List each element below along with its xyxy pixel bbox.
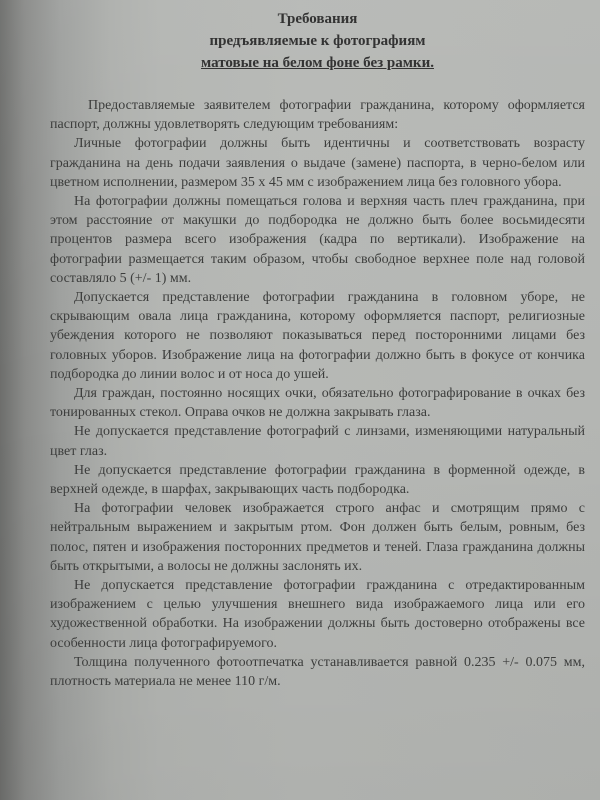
paragraph-intro: Предоставляемые заявителем фотографии гр… xyxy=(50,96,585,134)
title-line-3: матовые на белом фоне без рамки. xyxy=(50,52,585,74)
paragraph-lenses: Не допускается представление фотографий … xyxy=(50,422,585,460)
paragraph-headwear: Допускается представление фотографии гра… xyxy=(50,288,585,384)
document-body: Предоставляемые заявителем фотографии гр… xyxy=(50,96,585,691)
paragraph-thickness: Толщина полученного фотоотпечатка устана… xyxy=(50,653,585,691)
paragraph-pose-background: На фотографии человек изображается строг… xyxy=(50,499,585,576)
document-title: Требования предъявляемые к фотографиям м… xyxy=(50,8,585,74)
paragraph-head-shoulders: На фотографии должны помещаться голова и… xyxy=(50,192,585,288)
paragraph-uniform: Не допускается представление фотографии … xyxy=(50,461,585,499)
paragraph-no-editing: Не допускается представление фотографии … xyxy=(50,576,585,653)
title-line-1: Требования xyxy=(50,8,585,30)
title-line-2: предъявляемые к фотографиям xyxy=(50,30,585,52)
paragraph-glasses: Для граждан, постоянно носящих очки, обя… xyxy=(50,384,585,422)
paragraph-personal-photos: Личные фотографии должны быть идентичны … xyxy=(50,134,585,192)
document-page: Требования предъявляемые к фотографиям м… xyxy=(50,0,585,691)
